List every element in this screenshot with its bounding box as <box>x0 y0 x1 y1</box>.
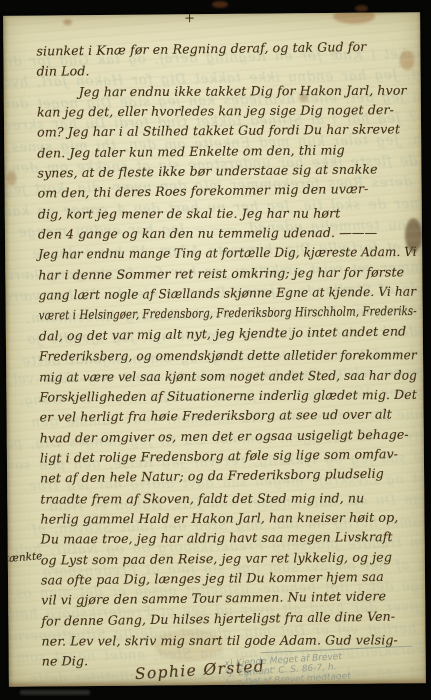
letter-line: dig, kort jeg mener de skal tie. Jeg har… <box>38 203 416 225</box>
letter-page: siunket i Knæ før en Regning deraf, og t… <box>3 12 426 687</box>
foxing-stain <box>333 12 375 24</box>
foxing-stain <box>6 171 16 186</box>
foxing-stain <box>63 19 72 25</box>
letter-body: siunket i Knæ før en Regning deraf, og t… <box>36 38 419 672</box>
inserted-marginal-word: tænkte <box>4 551 42 565</box>
scan-background: siunket i Knæ før en Regning deraf, og t… <box>0 0 431 700</box>
letter-line: din Lod. <box>37 61 415 83</box>
letter-line: net af den hele Natur; og da Frederiksbo… <box>40 463 418 489</box>
letter-line: traadte frem af Skoven, faldt det Sted m… <box>40 488 418 510</box>
letter-line: dal, og det var mig alt nyt, jeg kjendte… <box>39 321 417 347</box>
background-smudge <box>20 690 90 695</box>
letter-line: Frederiksberg, og omendskjøndt dette all… <box>39 345 403 367</box>
background-smudge <box>355 5 368 12</box>
letter-line: mig at være vel saa kjønt som noget ande… <box>39 365 402 387</box>
letter-line: om den, thi deres Roes forekommer mig de… <box>37 179 415 205</box>
background-smudge <box>212 1 228 8</box>
letter-line: siunket i Knæ før en Regning deraf, og t… <box>36 36 414 62</box>
letter-line: Jeg har endnu ikke takket Dig for Hakon … <box>37 80 415 102</box>
insertion-caret-mark: + <box>184 12 195 26</box>
